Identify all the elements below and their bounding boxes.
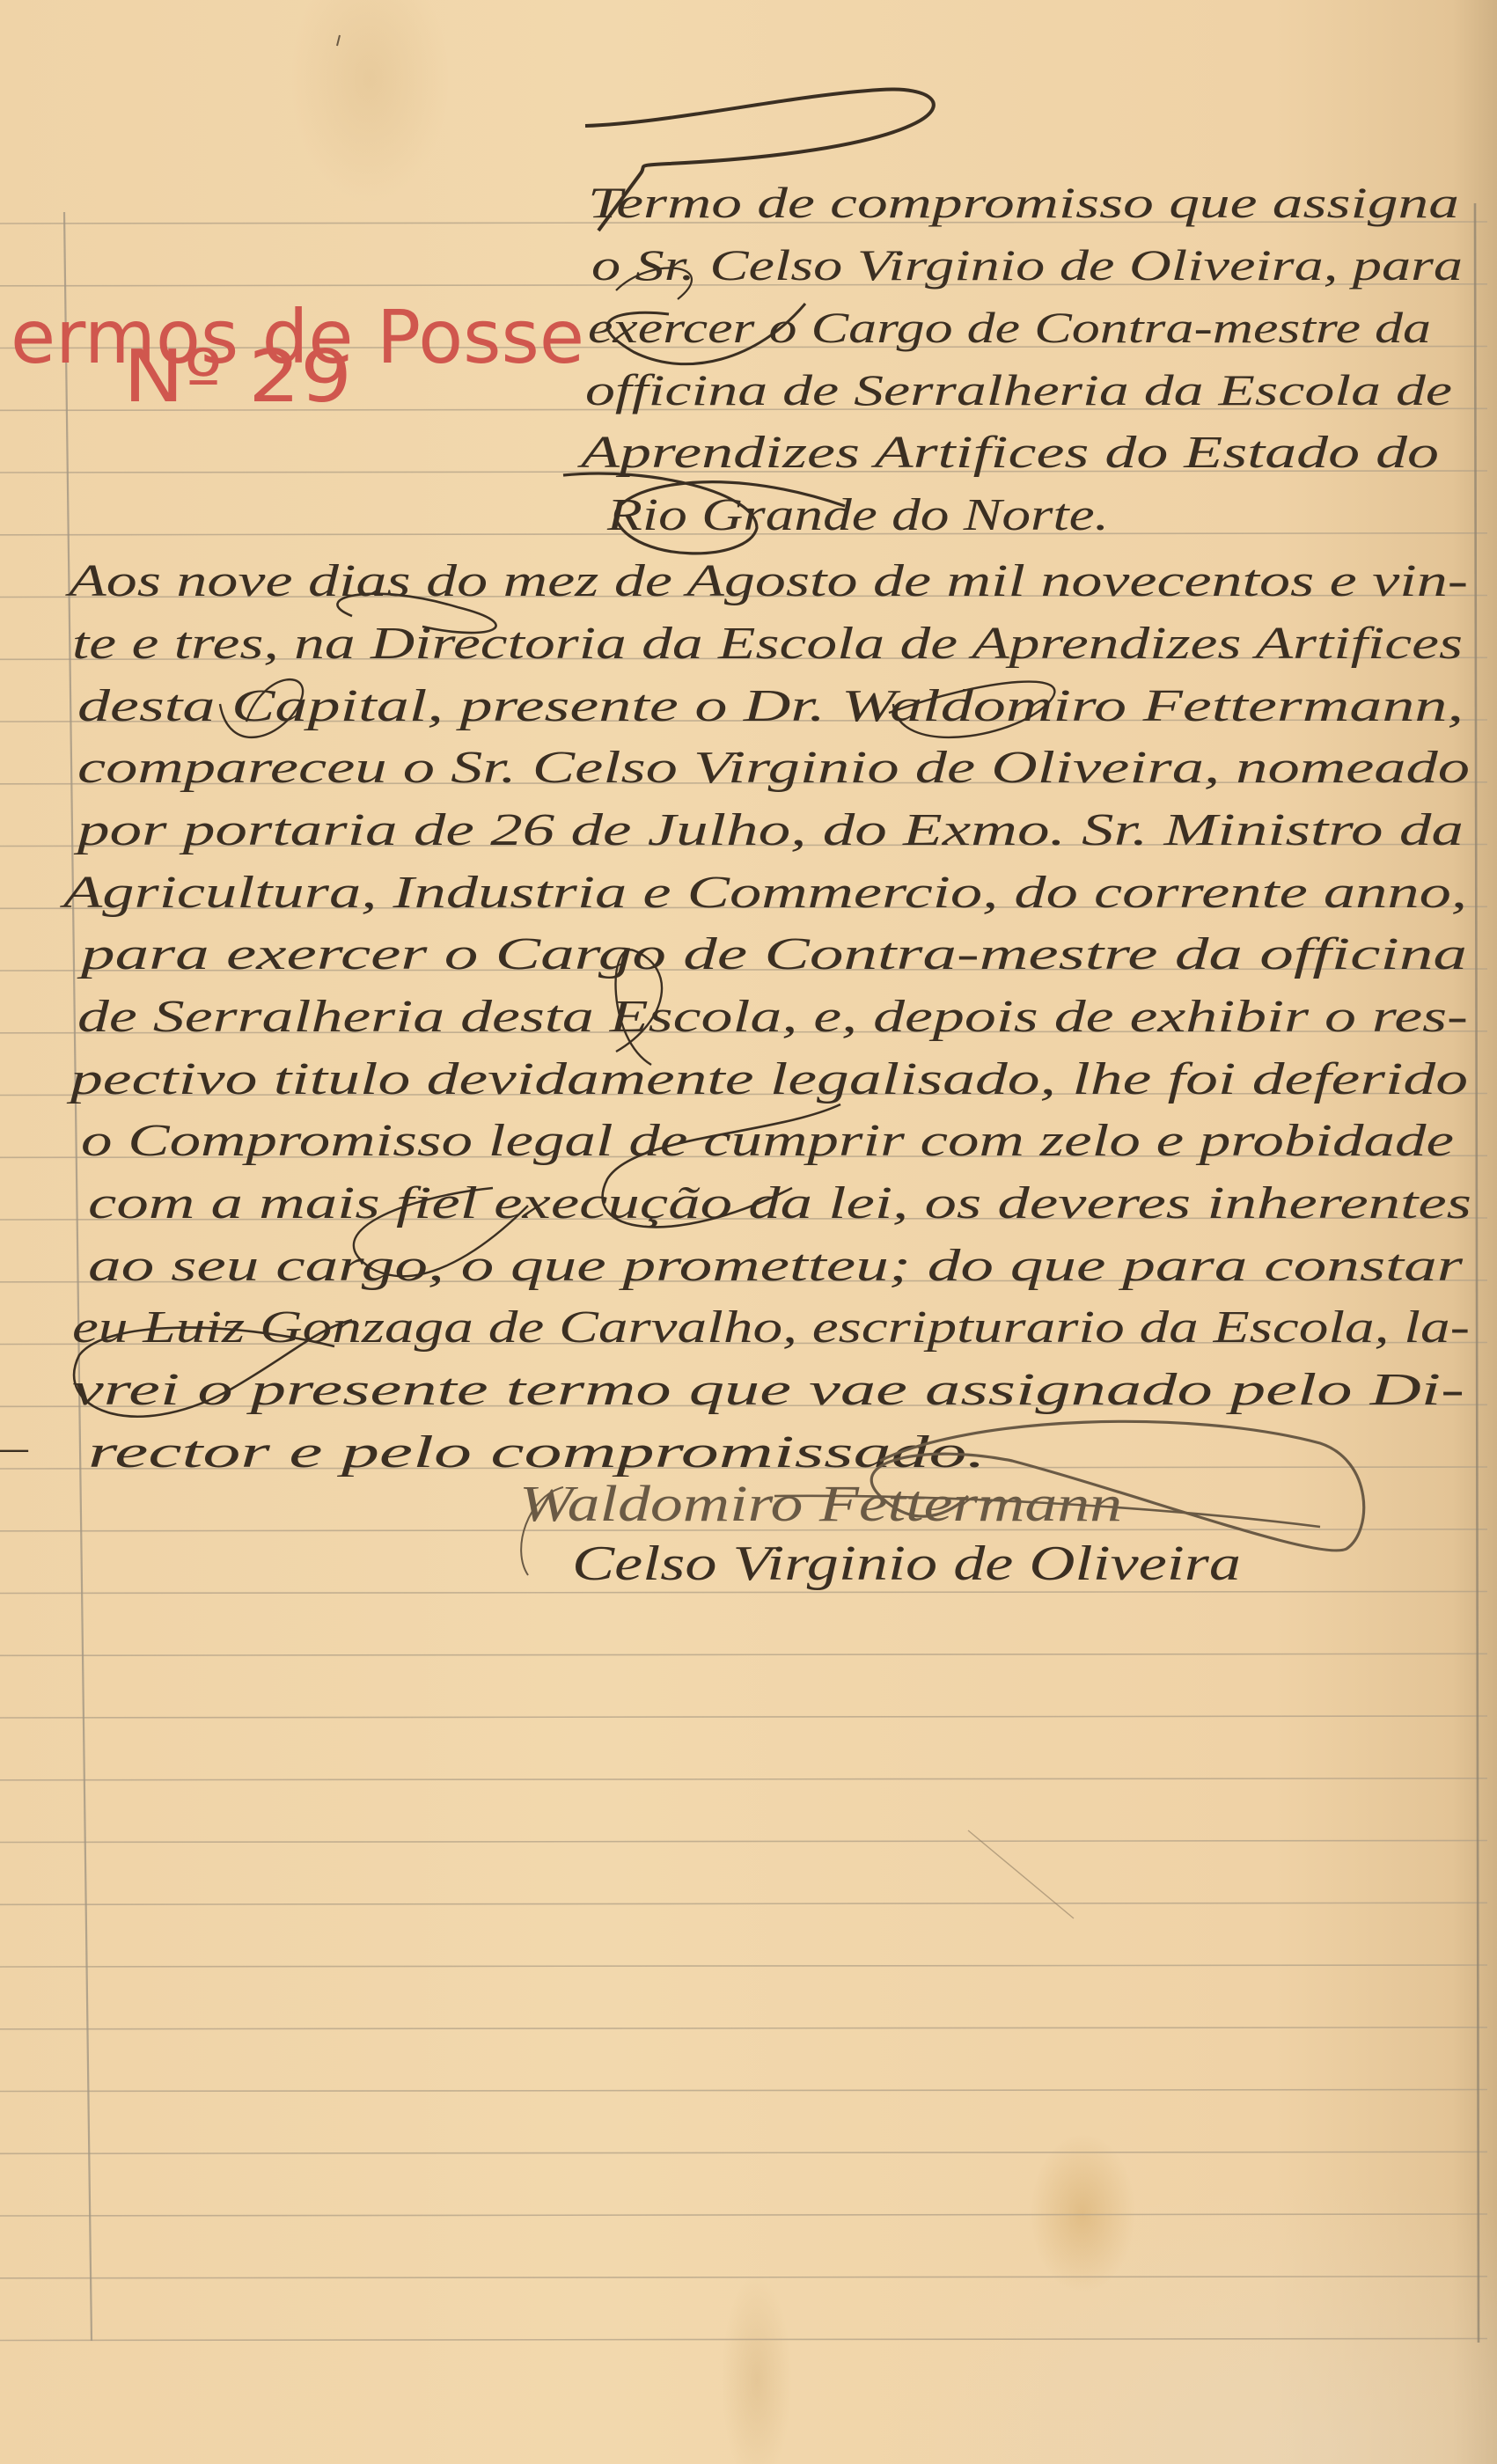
signature-flourish — [0, 0, 1497, 2464]
director-signature-underline — [774, 1496, 1320, 1527]
ledger-page: ermos de Posse Nº 29 Termo de compromiss… — [0, 0, 1497, 2464]
director-signature-oval-flourish — [871, 1421, 1363, 1551]
director-signature-left-loop — [521, 1487, 563, 1575]
